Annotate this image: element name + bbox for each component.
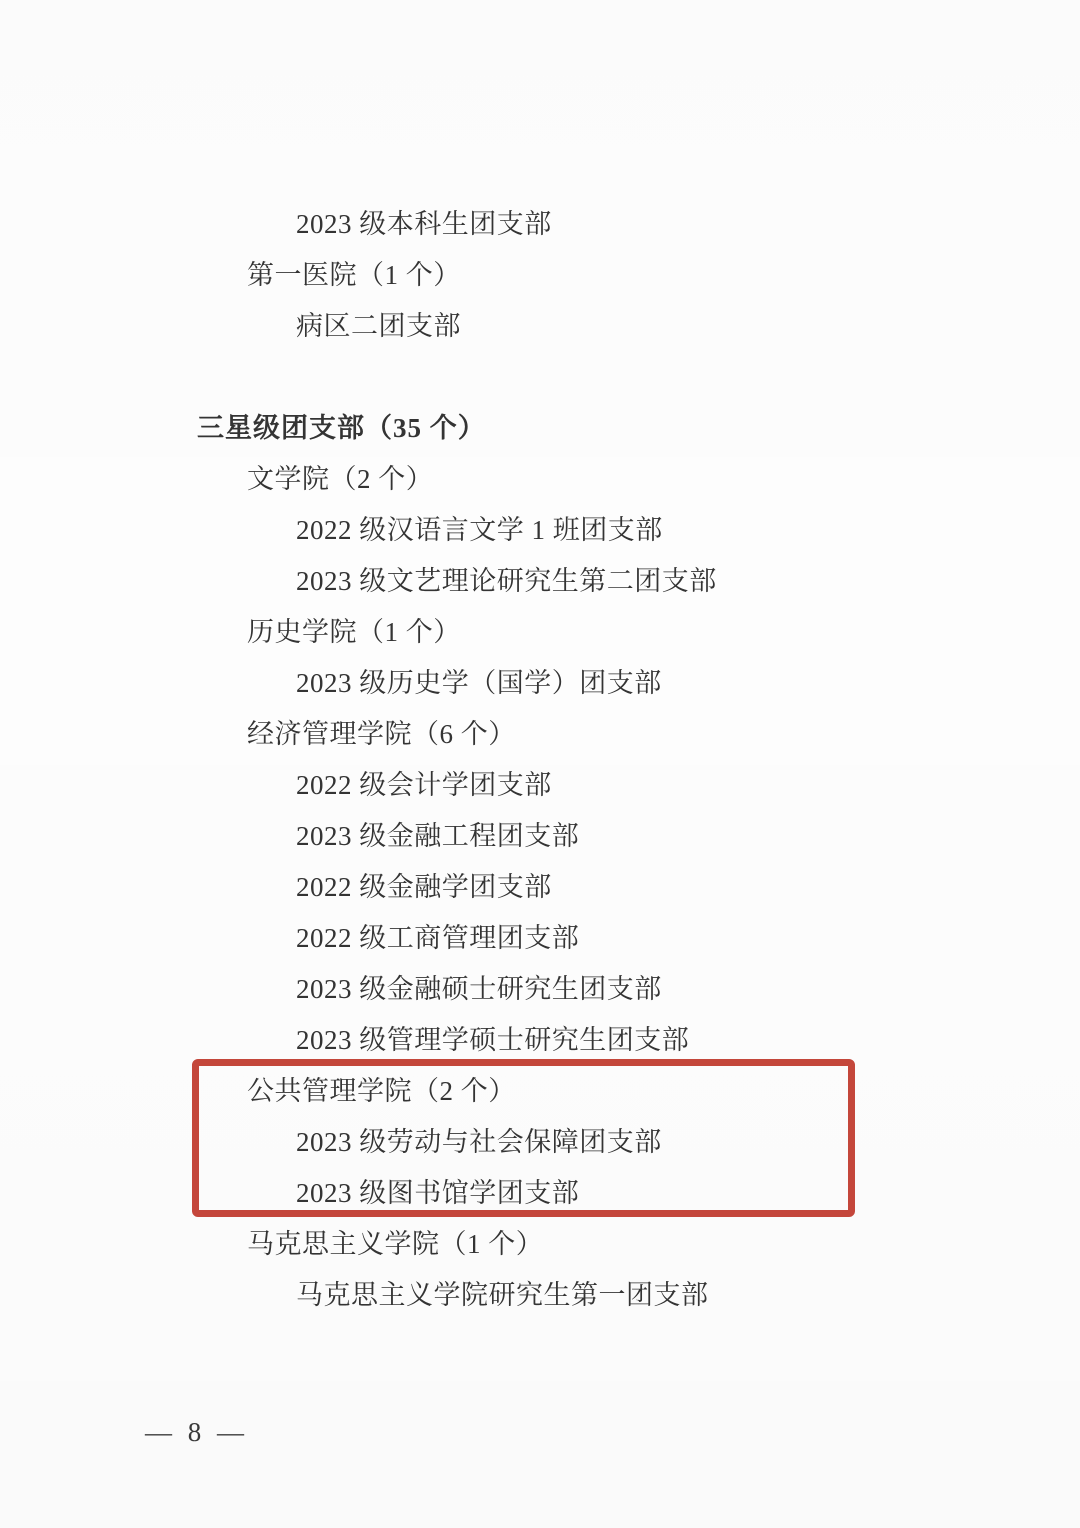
doc-line: 2023 级图书馆学团支部 (0, 1168, 1080, 1219)
doc-line: 文学院（2 个） (0, 454, 1080, 505)
doc-line: 2023 级历史学（国学）团支部 (0, 658, 1080, 709)
document-page: 2023 级本科生团支部第一医院（1 个）病区二团支部三星级团支部（35 个）文… (0, 0, 1080, 1528)
doc-line: 病区二团支部 (0, 301, 1080, 352)
doc-line: 经济管理学院（6 个） (0, 709, 1080, 760)
doc-line: 2022 级汉语言文学 1 班团支部 (0, 505, 1080, 556)
doc-line: 公共管理学院（2 个） (0, 1066, 1080, 1117)
doc-line: 2023 级文艺理论研究生第二团支部 (0, 556, 1080, 607)
doc-line: 马克思主义学院研究生第一团支部 (0, 1270, 1080, 1321)
doc-line: 2022 级金融学团支部 (0, 862, 1080, 913)
page-number: — 8 — (145, 1407, 244, 1458)
doc-line: 2023 级管理学硕士研究生团支部 (0, 1015, 1080, 1066)
doc-line: 2023 级本科生团支部 (0, 199, 1080, 250)
doc-line: 三星级团支部（35 个） (0, 403, 1080, 454)
doc-line: 2023 级金融工程团支部 (0, 811, 1080, 862)
doc-line: 马克思主义学院（1 个） (0, 1219, 1080, 1270)
doc-line: 2023 级劳动与社会保障团支部 (0, 1117, 1080, 1168)
doc-line: 2023 级金融硕士研究生团支部 (0, 964, 1080, 1015)
blank-line (0, 352, 1080, 403)
doc-line: 历史学院（1 个） (0, 607, 1080, 658)
document-body: 2023 级本科生团支部第一医院（1 个）病区二团支部三星级团支部（35 个）文… (0, 0, 1080, 1321)
doc-line: 2022 级会计学团支部 (0, 760, 1080, 811)
doc-line: 2022 级工商管理团支部 (0, 913, 1080, 964)
doc-line: 第一医院（1 个） (0, 250, 1080, 301)
